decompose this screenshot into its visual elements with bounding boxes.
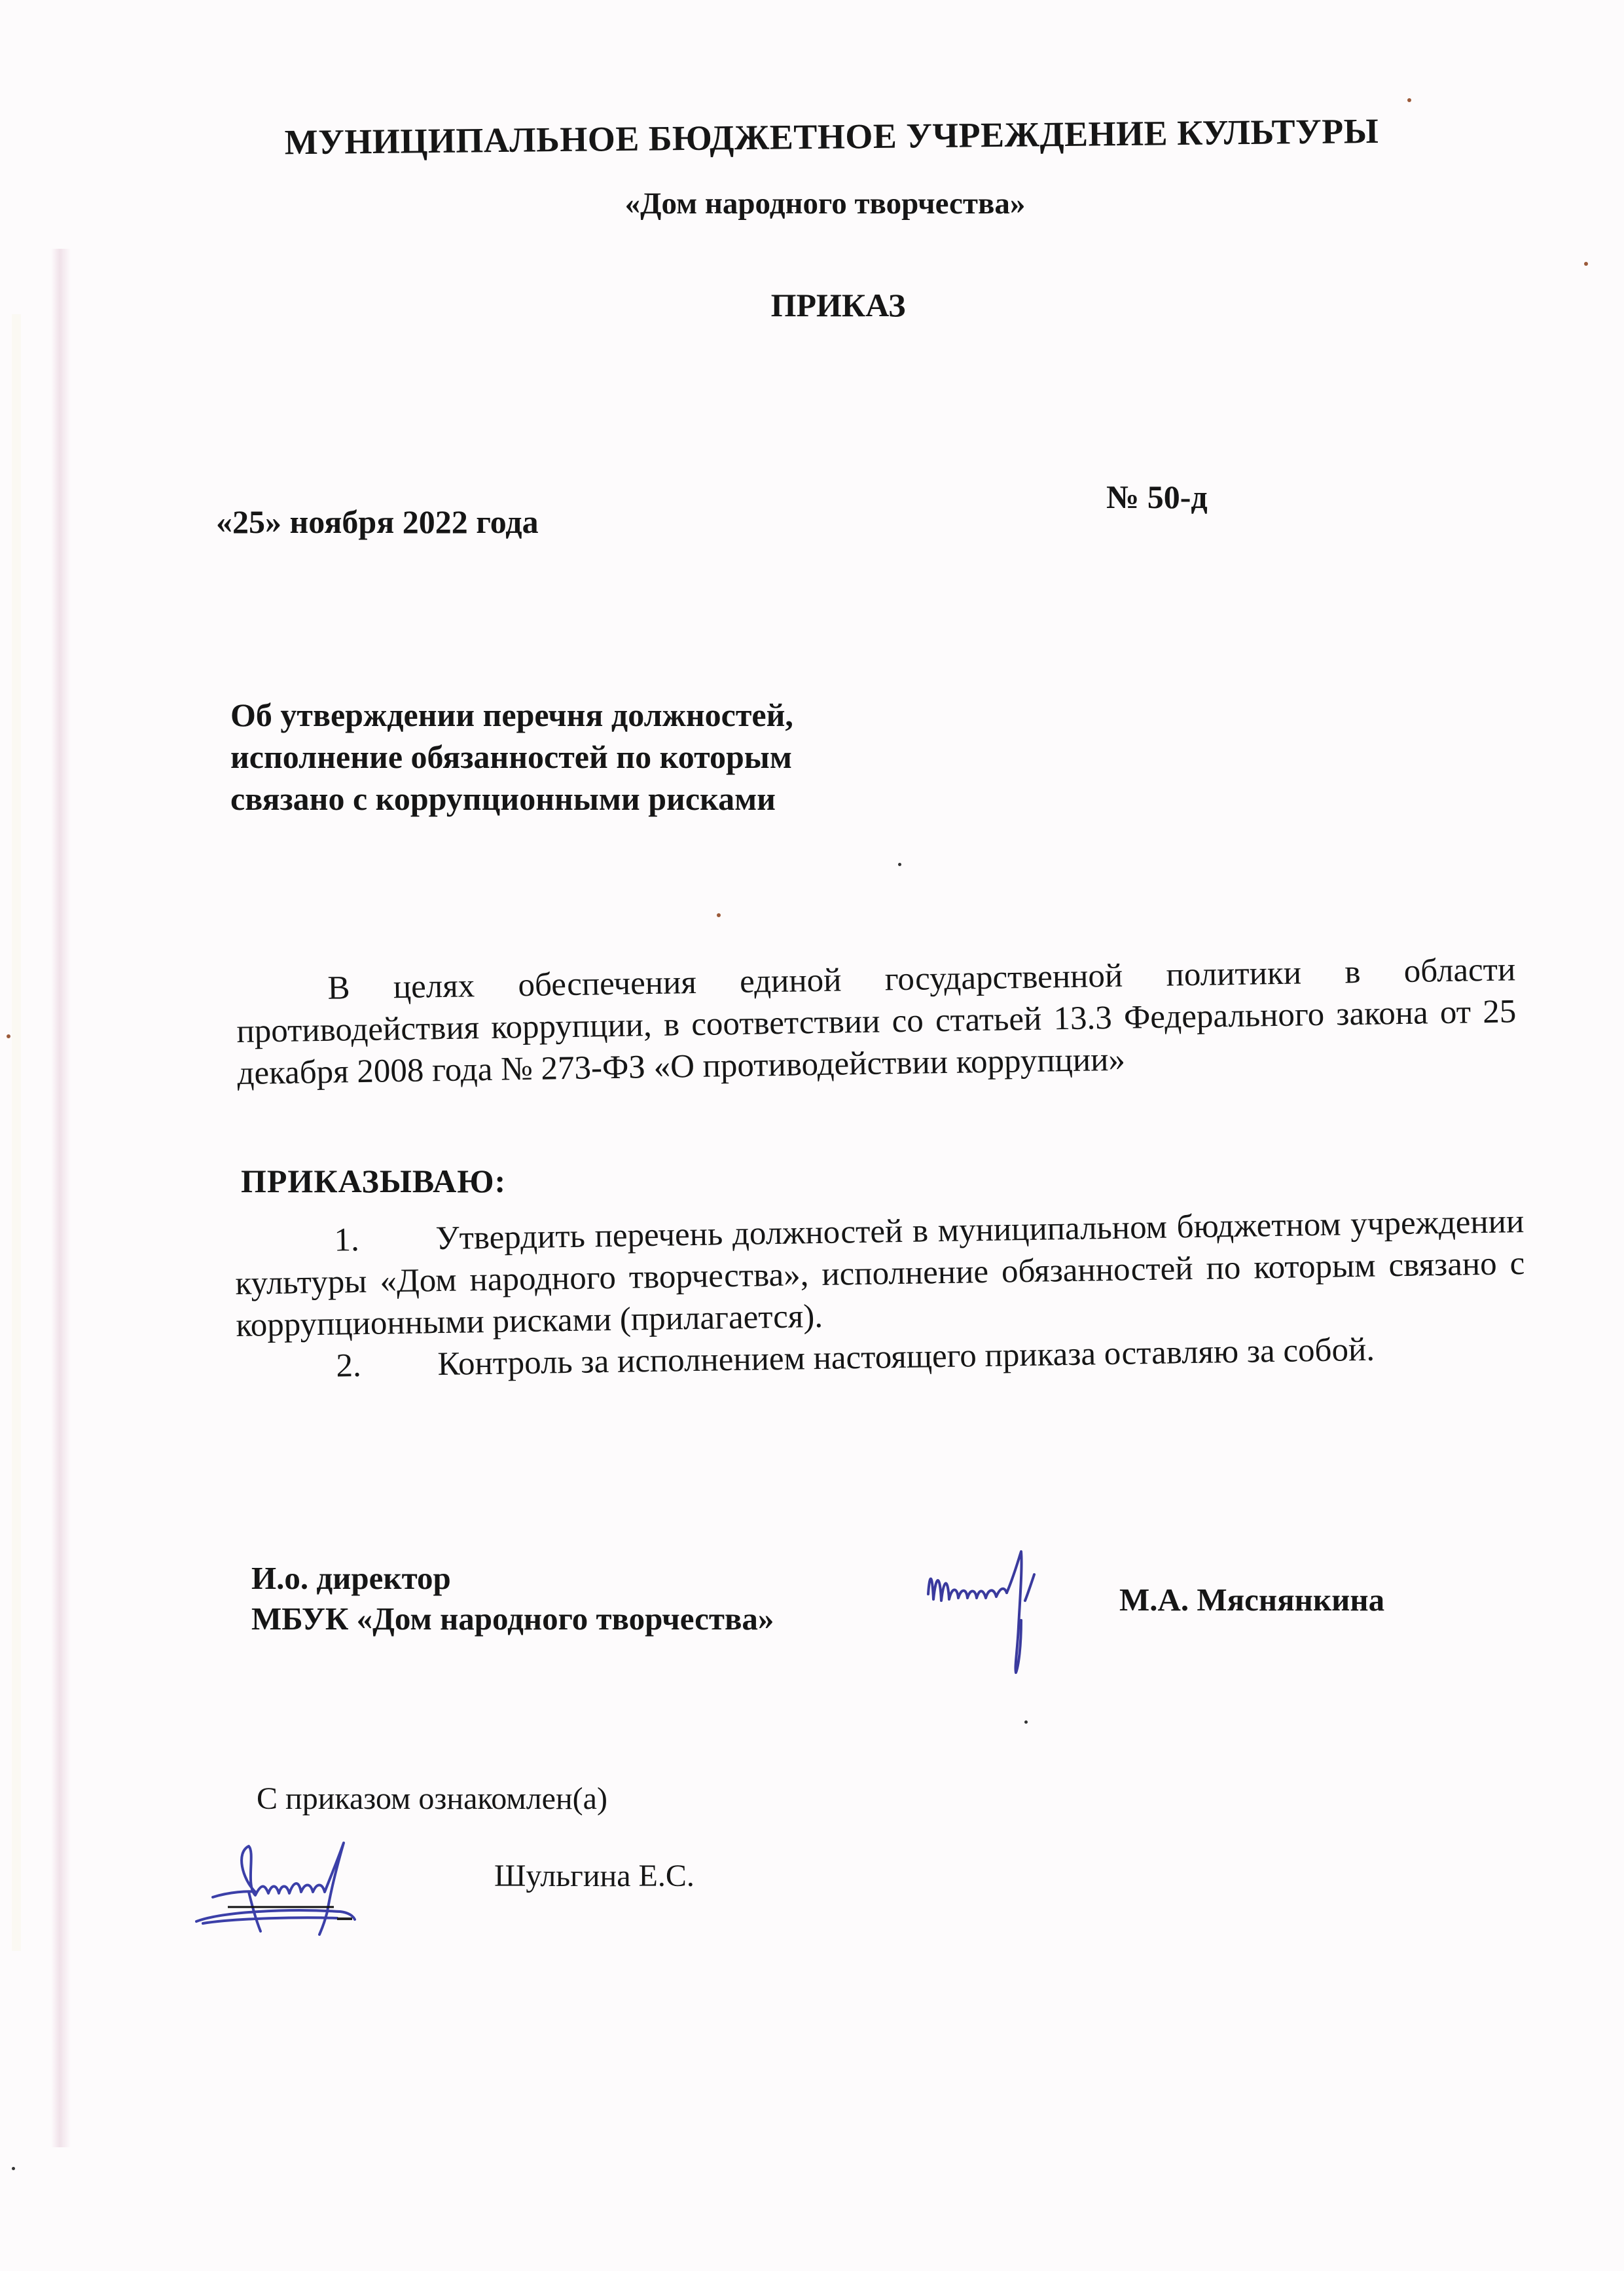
scan-speck bbox=[1407, 98, 1411, 102]
acknowledgement-signature bbox=[183, 1840, 524, 1938]
acknowledgement-name: Шульгина Е.С. bbox=[494, 1858, 695, 1894]
order-item: 1.Утвердить перечень должностей в муници… bbox=[234, 1201, 1526, 1347]
signatory-organization: МБУК «Дом народного творчества» bbox=[251, 1599, 774, 1639]
organization-name: «Дом народного творчества» bbox=[0, 186, 1624, 221]
subject-line: Об утверждении перечня должностей, bbox=[230, 694, 950, 736]
scan-speck bbox=[12, 2167, 15, 2170]
scan-speck bbox=[1584, 262, 1588, 266]
signatory-position: И.о. директор МБУК «Дом народного творче… bbox=[251, 1558, 774, 1639]
document-subject: Об утверждении перечня должностей, испол… bbox=[230, 694, 950, 820]
order-list: 1.Утвердить перечень должностей в муници… bbox=[234, 1201, 1526, 1389]
order-item-number: 2. bbox=[236, 1343, 438, 1389]
order-item-number: 1. bbox=[234, 1218, 436, 1263]
subject-line: связано с коррупционными рисками bbox=[230, 778, 950, 820]
signatory-title: И.о. директор bbox=[251, 1558, 774, 1599]
acknowledgement-label: С приказом ознакомлен(а) bbox=[257, 1781, 607, 1817]
scan-speck bbox=[717, 913, 721, 917]
subject-line: исполнение обязанностей по которым bbox=[230, 736, 950, 778]
scan-speck bbox=[1024, 1720, 1028, 1724]
organization-title: МУНИЦИПАЛЬНОЕ БЮДЖЕТНОЕ УЧРЕЖДЕНИЕ КУЛЬТ… bbox=[0, 108, 1624, 166]
scan-streak bbox=[51, 249, 71, 2147]
scan-streak bbox=[12, 314, 21, 1951]
document-date: «25» ноября 2022 года bbox=[216, 503, 539, 541]
preamble-paragraph: В целях обеспечения единой государственн… bbox=[236, 949, 1517, 1095]
document-type: ПРИКАЗ bbox=[0, 286, 1624, 324]
order-heading: ПРИКАЗЫВАЮ: bbox=[241, 1162, 506, 1200]
scan-speck bbox=[898, 863, 901, 866]
director-signature bbox=[923, 1548, 1119, 1679]
scan-speck bbox=[7, 1034, 10, 1038]
document-number: № 50-д bbox=[1106, 478, 1208, 516]
signatory-name: М.А. Мяснянкина bbox=[1119, 1581, 1384, 1618]
preamble-text: В целях обеспечения единой государственн… bbox=[236, 951, 1517, 1092]
